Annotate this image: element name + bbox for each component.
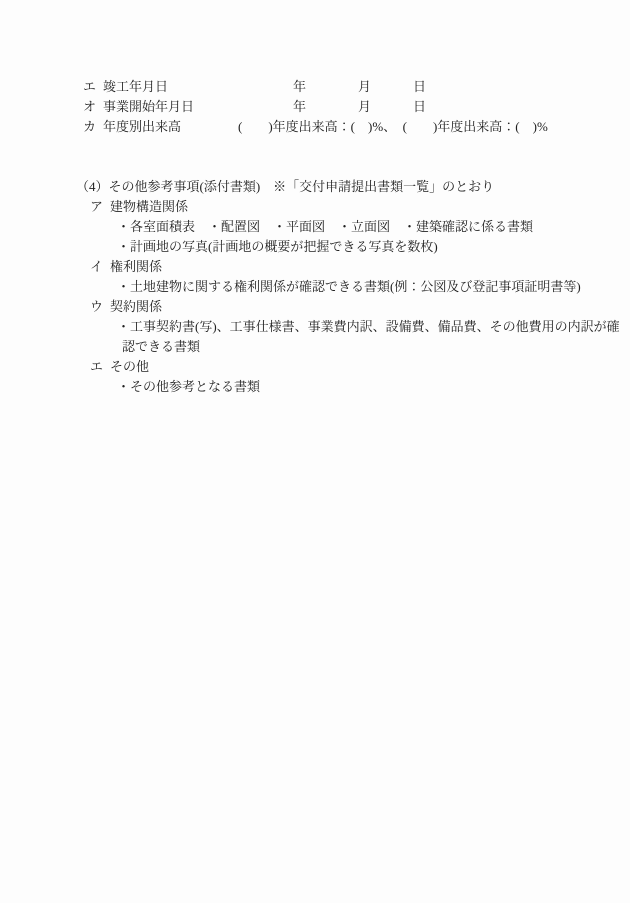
item-rights: イ 権利関係 (0, 257, 630, 277)
completion-date-label: 竣工年月日 (103, 77, 168, 97)
bullet-text: ・その他参考となる書類 (117, 377, 260, 397)
section4-heading: （4）その他参考事項(添付書類) ※「交付申請提出書類一覧」のとおり (76, 177, 494, 197)
section4-heading-row: （4）その他参考事項(添付書類) ※「交付申請提出書類一覧」のとおり (0, 177, 630, 197)
item-letter: カ (83, 117, 96, 137)
item-title: 建物構造関係 (110, 197, 188, 217)
yearly-progress-row: カ 年度別出来高 ( )年度出来高：( )%、 ( )年度出来高：( )% (0, 117, 630, 137)
year-label: 年 (293, 77, 306, 97)
item-letter: ア (90, 197, 103, 217)
document-page: エ 竣工年月日 年 月 日 オ 事業開始年月日 年 月 日 カ 年度別出来高 (… (0, 0, 630, 903)
bullet-text: ・土地建物に関する権利関係が確認できる書類(例：公図及び登記事項証明書等) (117, 277, 581, 297)
item-other: エ その他 (0, 357, 630, 377)
bullet-row: ・その他参考となる書類 (0, 377, 630, 397)
bullet-continuation-row: 認できる書類 (0, 337, 630, 357)
bullet-row: ・工事契約書(写)、工事仕様書、事業費内訳、設備費、備品費、その他費用の内訳が確 (0, 317, 630, 337)
bullet-row: ・計画地の写真(計画地の概要が把握できる写真を数枚) (0, 237, 630, 257)
item-letter: ウ (90, 297, 103, 317)
item-title: 契約関係 (110, 297, 162, 317)
bullet-text: ・工事契約書(写)、工事仕様書、事業費内訳、設備費、備品費、その他費用の内訳が確 (117, 317, 620, 337)
item-letter: エ (83, 77, 96, 97)
item-letter: オ (83, 97, 96, 117)
item-letter: イ (90, 257, 103, 277)
bullet-text: ・計画地の写真(計画地の概要が把握できる写真を数枚) (117, 237, 438, 257)
yearly-progress-label: 年度別出来高 (103, 117, 181, 137)
item-title: 権利関係 (110, 257, 162, 277)
day-label: 日 (413, 77, 426, 97)
item-letter: エ (90, 357, 103, 377)
bullet-continuation-text: 認できる書類 (122, 337, 200, 357)
month-label: 月 (358, 77, 371, 97)
completion-date-row: エ 竣工年月日 年 月 日 (0, 77, 630, 97)
year-label: 年 (293, 97, 306, 117)
bullet-text: ・各室面積表 ・配置図 ・平面図 ・立面図 ・建築確認に係る書類 (117, 217, 533, 237)
business-start-date-label: 事業開始年月日 (103, 97, 194, 117)
item-building-structure: ア 建物構造関係 (0, 197, 630, 217)
business-start-date-row: オ 事業開始年月日 年 月 日 (0, 97, 630, 117)
month-label: 月 (358, 97, 371, 117)
item-contract: ウ 契約関係 (0, 297, 630, 317)
bullet-row: ・各室面積表 ・配置図 ・平面図 ・立面図 ・建築確認に係る書類 (0, 217, 630, 237)
day-label: 日 (413, 97, 426, 117)
bullet-row: ・土地建物に関する権利関係が確認できる書類(例：公図及び登記事項証明書等) (0, 277, 630, 297)
yearly-progress-value: ( )年度出来高：( )%、 ( )年度出来高：( )% (238, 117, 548, 137)
item-title: その他 (110, 357, 149, 377)
